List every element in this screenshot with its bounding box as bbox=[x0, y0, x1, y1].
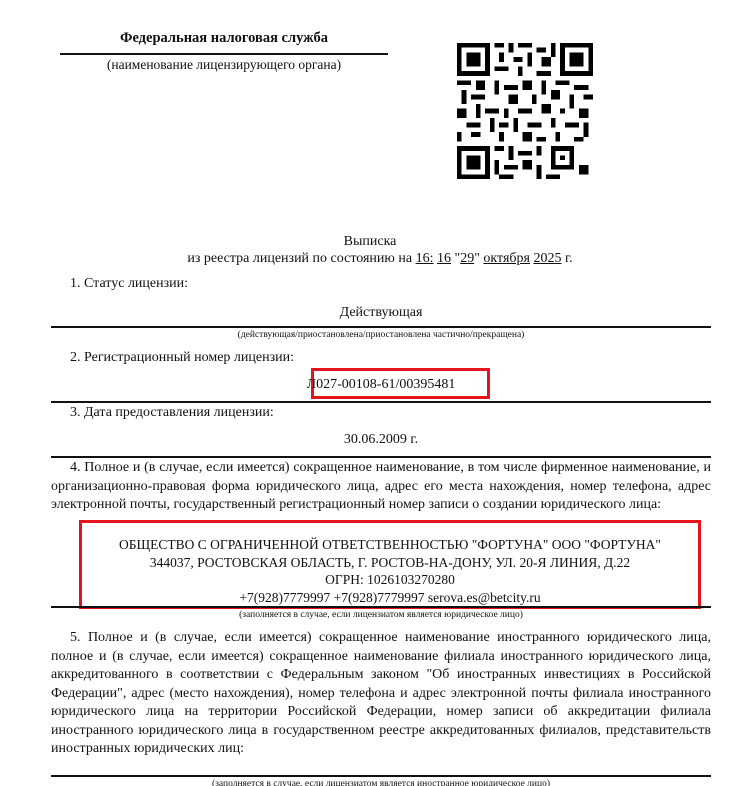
issue-date-label: 3. Дата предоставления лицензии: bbox=[70, 405, 274, 421]
licensing-authority-caption: (наименование лицензирующего органа) bbox=[60, 57, 388, 73]
legal-entity-name: ОБЩЕСТВО С ОГРАНИЧЕННОЙ ОТВЕТСТВЕННОСТЬЮ… bbox=[79, 536, 701, 554]
reg-number-label: 2. Регистрационный номер лицензии: bbox=[70, 350, 294, 366]
document-subtitle: из реестра лицензий по состоянию на 16: … bbox=[160, 251, 600, 267]
legal-entity-contacts: +7(928)7779997 +7(928)7779997 serova.es@… bbox=[79, 589, 701, 607]
year-suffix: г. bbox=[565, 251, 573, 266]
divider bbox=[51, 606, 711, 608]
divider bbox=[51, 775, 711, 777]
legal-entity-hint: (заполняется в случае, если лицензиатом … bbox=[51, 610, 711, 620]
issue-date-value: 30.06.2009 г. bbox=[51, 432, 711, 448]
legal-entity-ogrn: ОГРН: 1026103270280 bbox=[79, 571, 701, 589]
divider bbox=[51, 401, 711, 403]
status-hint: (действующая/приостановлена/приостановле… bbox=[51, 330, 711, 340]
status-label: 1. Статус лицензии: bbox=[70, 276, 188, 292]
date-day: 29 bbox=[460, 251, 474, 266]
divider bbox=[60, 53, 388, 55]
divider bbox=[51, 326, 711, 328]
date-year: 2025 bbox=[533, 251, 561, 266]
time-minutes: 16 bbox=[437, 251, 451, 266]
document-title: Выписка bbox=[0, 234, 740, 250]
foreign-entity-hint: (заполняется в случае, если лицензиатом … bbox=[51, 779, 711, 786]
foreign-entity-description: 5. Полное и (в случае, если имеется) сок… bbox=[51, 629, 711, 759]
licensing-authority-name: Федеральная налоговая служба bbox=[60, 30, 388, 47]
divider bbox=[51, 456, 711, 458]
legal-entity-description: 4. Полное и (в случае, если имеется) сок… bbox=[51, 459, 711, 515]
qr-code-icon bbox=[453, 43, 597, 179]
legal-entity-address: 344037, РОСТОВСКАЯ ОБЛАСТЬ, Г. РОСТОВ-НА… bbox=[79, 554, 701, 572]
subtitle-prefix: из реестра лицензий по состоянию на bbox=[187, 251, 412, 266]
status-value: Действующая bbox=[51, 305, 711, 321]
time-hours: 16 bbox=[416, 251, 430, 266]
legal-entity-details: ОБЩЕСТВО С ОГРАНИЧЕННОЙ ОТВЕТСТВЕННОСТЬЮ… bbox=[79, 536, 701, 606]
reg-number-value: Л027-00108-61/00395481 bbox=[51, 377, 711, 393]
date-month: октября bbox=[483, 251, 530, 266]
